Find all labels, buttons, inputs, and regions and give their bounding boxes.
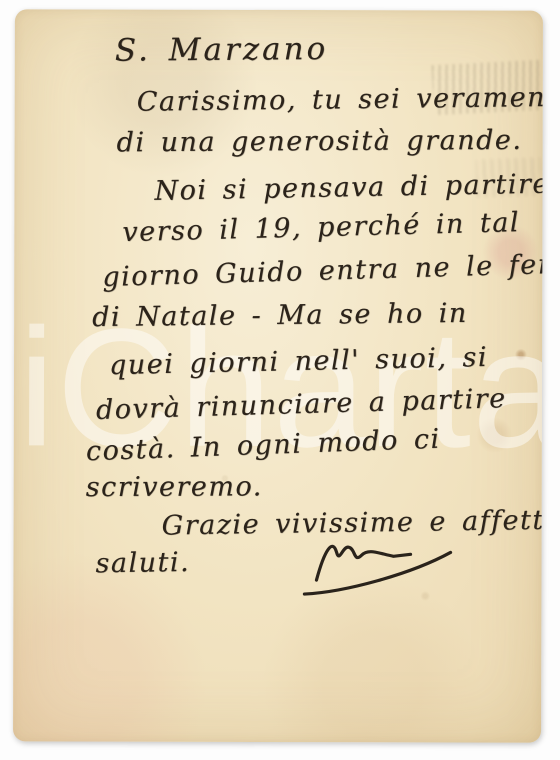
signature-flourish (298, 522, 458, 597)
letter-line: Carissimo, tu sei veramente (137, 82, 543, 118)
letter-line: di una generosità grande. (117, 125, 523, 158)
letter-line: Noi si pensava di partire (154, 169, 543, 207)
photo-background: iCharta S. Marzano Carissimo, tu sei ver… (0, 0, 560, 760)
letter-paper: iCharta S. Marzano Carissimo, tu sei ver… (13, 9, 543, 742)
letter-line: di Natale - Ma se ho in (92, 298, 468, 333)
letter-place-heading: S. Marzano (115, 31, 329, 69)
letter-line: quei giorni nell' suoi, si (109, 342, 489, 381)
letter-line: costà. In ogni modo ci (85, 424, 441, 468)
letter-line: scriveremo. (86, 471, 263, 503)
letter-line: verso il 19, perché in tal (122, 207, 520, 248)
letter-line: dovrà rinunciare a partire (96, 383, 507, 426)
letter-closing-line: saluti. (95, 547, 190, 579)
letter-line: giorno Guido entra ne le ferie (102, 248, 543, 293)
